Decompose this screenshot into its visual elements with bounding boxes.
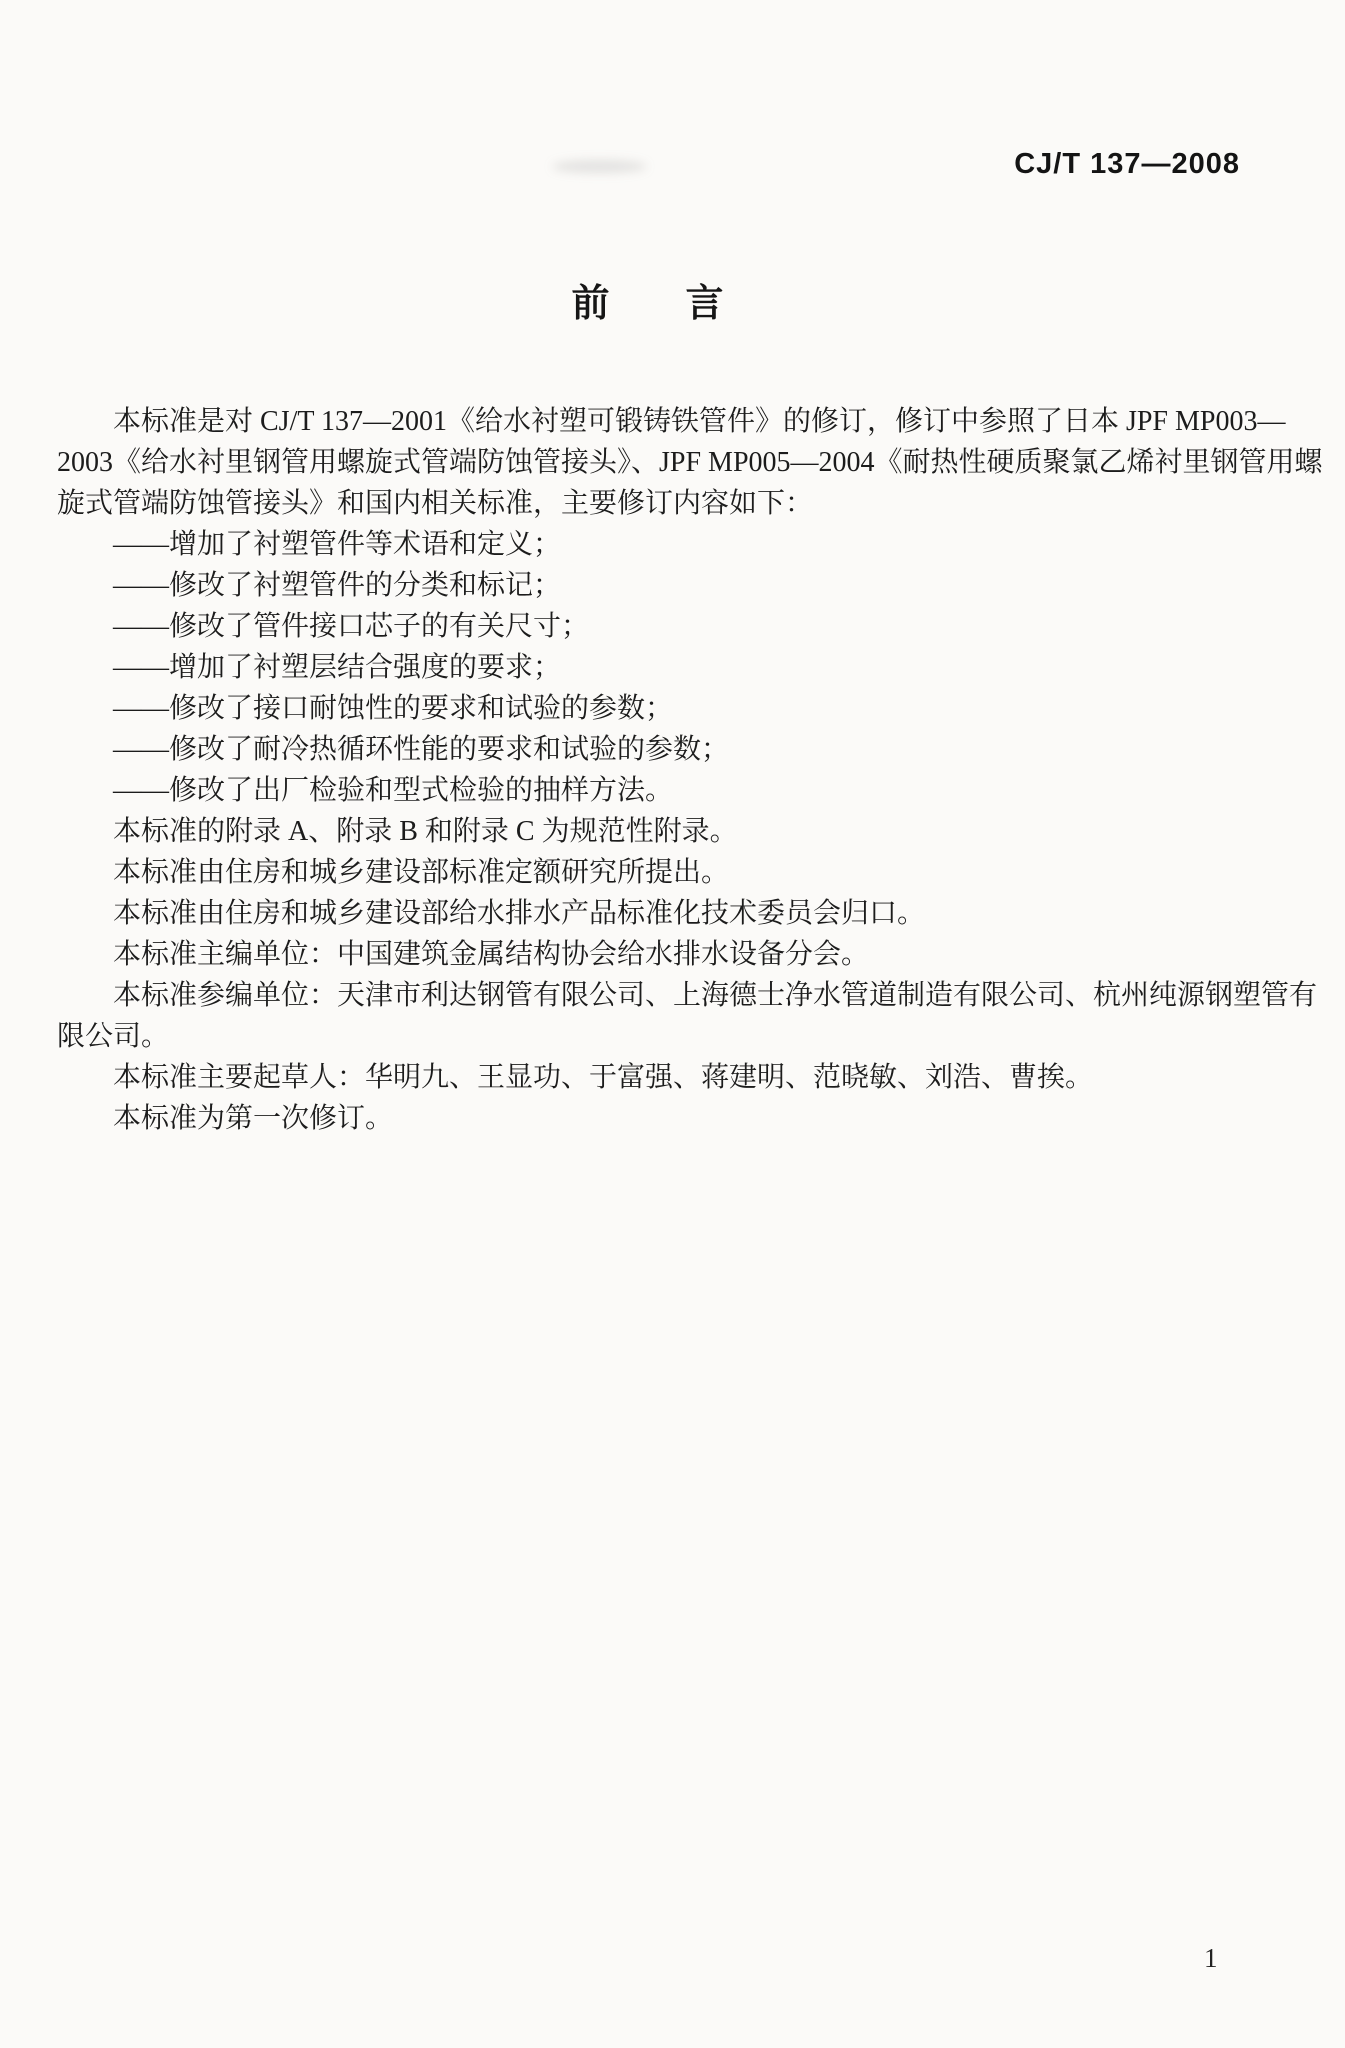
foreword-revision-item: ——修改了耐冷热循环性能的要求和试验的参数； (57, 729, 1290, 770)
foreword-revision-item: ——修改了衬塑管件的分类和标记； (57, 565, 1290, 606)
foreword-line: 本标准参编单位：天津市利达钢管有限公司、上海德士净水管道制造有限公司、杭州纯源钢… (57, 975, 1290, 1016)
scan-artifact (552, 160, 647, 173)
foreword-body: 本标准是对 CJ/T 137—2001《给水衬塑可锻铸铁管件》的修订，修订中参照… (57, 401, 1290, 1139)
foreword-title: 前 言 (0, 272, 1295, 327)
foreword-line: 本标准的附录 A、附录 B 和附录 C 为规范性附录。 (57, 811, 1290, 852)
foreword-line: 限公司。 (57, 1016, 1290, 1057)
standard-code: CJ/T 137—2008 (1014, 148, 1240, 181)
foreword-revision-item: ——修改了管件接口芯子的有关尺寸； (57, 606, 1290, 647)
foreword-line: 2003《给水衬里钢管用螺旋式管端防蚀管接头》、JPF MP005—2004《耐… (57, 442, 1290, 483)
foreword-revision-item: ——修改了出厂检验和型式检验的抽样方法。 (57, 770, 1290, 811)
foreword-revision-item: ——修改了接口耐蚀性的要求和试验的参数； (57, 688, 1290, 729)
document-page: CJ/T 137—2008 前 言 本标准是对 CJ/T 137—2001《给水… (0, 0, 1345, 2048)
foreword-line: 本标准是对 CJ/T 137—2001《给水衬塑可锻铸铁管件》的修订，修订中参照… (57, 401, 1290, 442)
foreword-revision-item: ——增加了衬塑层结合强度的要求； (57, 647, 1290, 688)
foreword-revision-item: ——增加了衬塑管件等术语和定义； (57, 524, 1290, 565)
foreword-line: 旋式管端防蚀管接头》和国内相关标准，主要修订内容如下： (57, 483, 1290, 524)
foreword-line: 本标准由住房和城乡建设部给水排水产品标准化技术委员会归口。 (57, 893, 1290, 934)
foreword-line: 本标准由住房和城乡建设部标准定额研究所提出。 (57, 852, 1290, 893)
foreword-line: 本标准主编单位：中国建筑金属结构协会给水排水设备分会。 (57, 934, 1290, 975)
foreword-line: 本标准为第一次修订。 (57, 1098, 1290, 1139)
page-number: 1 (1204, 1943, 1218, 1974)
foreword-line: 本标准主要起草人：华明九、王显功、于富强、蒋建明、范晓敏、刘浩、曹挨。 (57, 1057, 1290, 1098)
